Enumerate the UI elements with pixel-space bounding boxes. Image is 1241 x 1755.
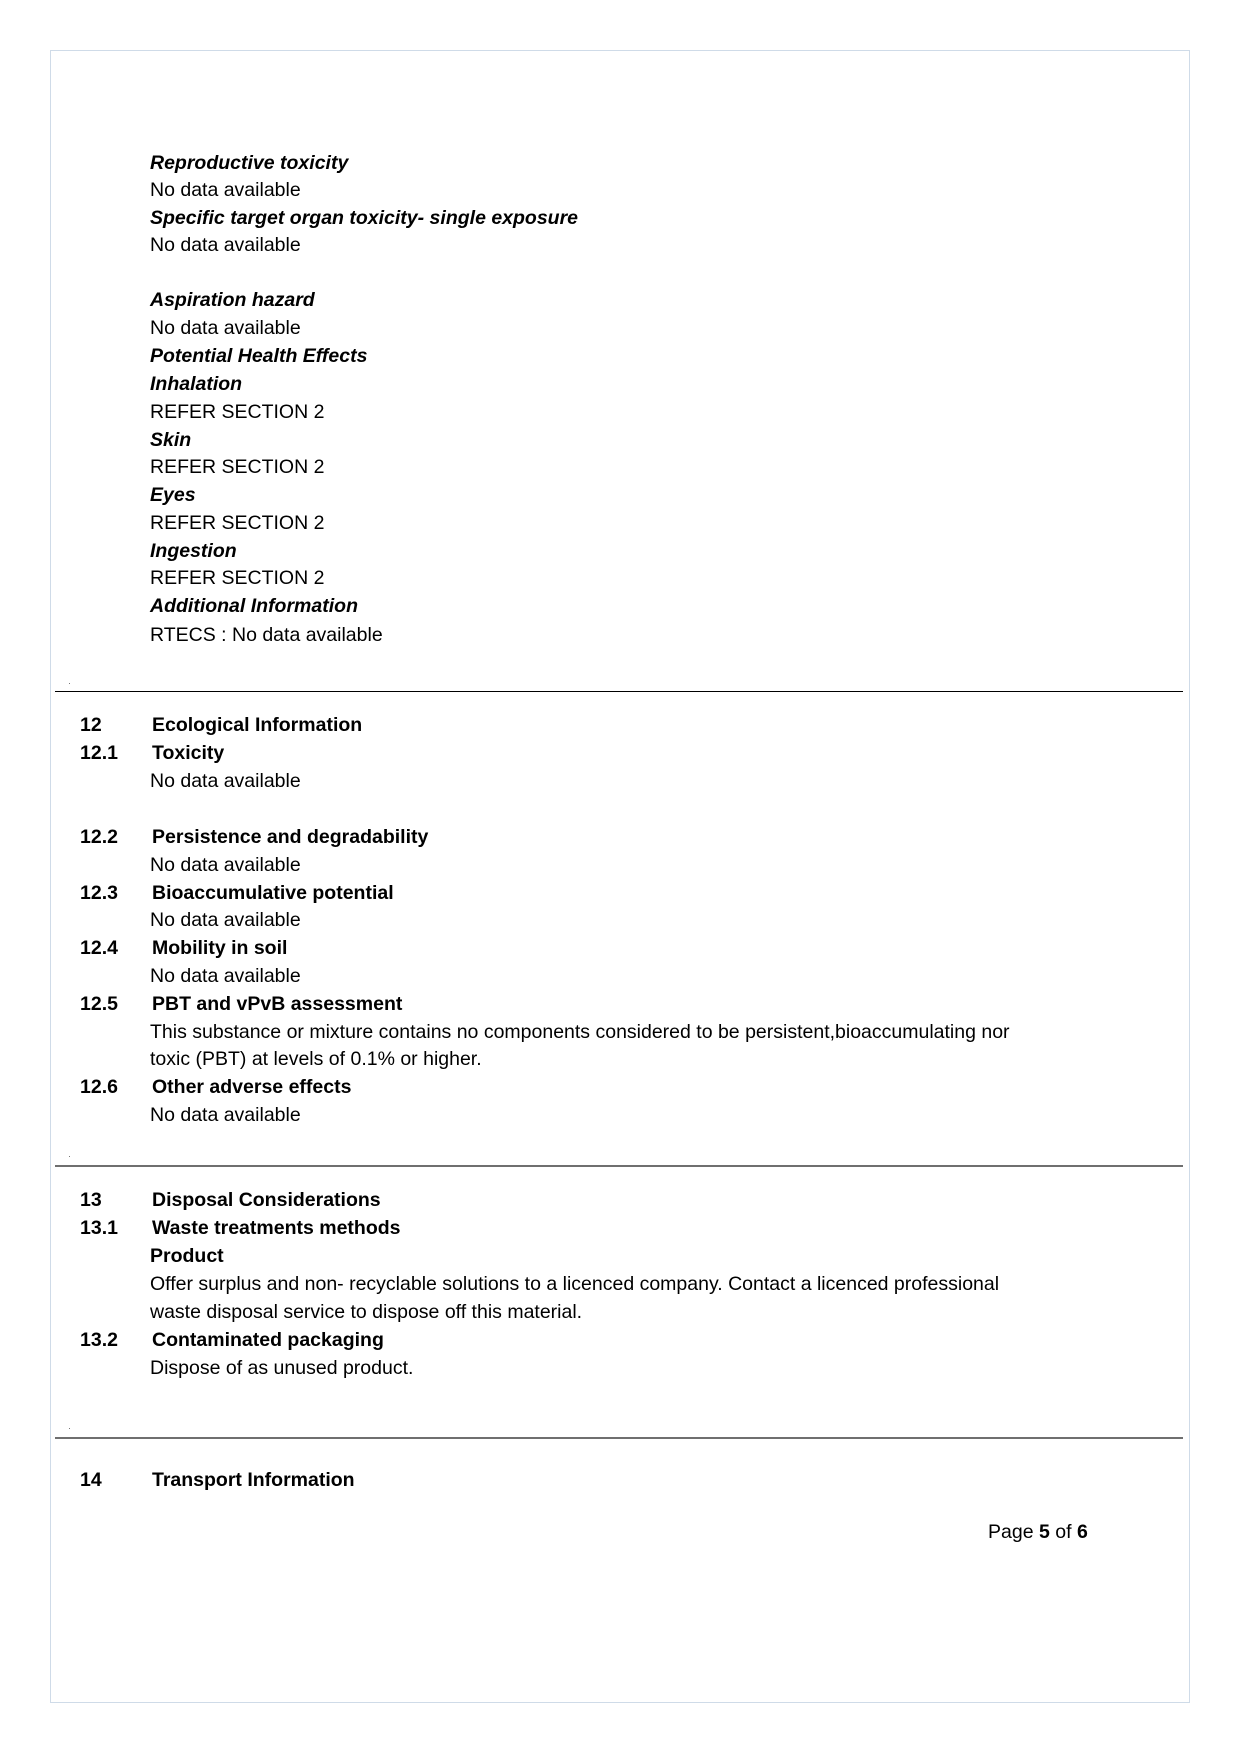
section-13-number: 13 (80, 1186, 102, 1214)
subsection-12-6-text: No data available (150, 1101, 301, 1129)
inhalation-heading: Inhalation (150, 370, 242, 398)
total-pages: 6 (1077, 1521, 1088, 1543)
subsection-12-5-title: PBT and vPvB assessment (152, 990, 402, 1018)
section-12-number: 12 (80, 711, 102, 739)
page-of: of (1050, 1521, 1077, 1543)
marker-dot (69, 1428, 70, 1429)
subsection-12-2-text: No data available (150, 851, 301, 879)
section-divider (55, 1165, 1183, 1167)
potential-health-effects-heading: Potential Health Effects (150, 342, 367, 370)
ingestion-value: REFER SECTION 2 (150, 564, 324, 592)
subsection-12-6-number: 12.6 (80, 1073, 118, 1101)
reproductive-toxicity-value: No data available (150, 176, 301, 204)
skin-value: REFER SECTION 2 (150, 453, 324, 481)
subsection-12-3-text: No data available (150, 906, 301, 934)
subsection-13-1-text-line-2: waste disposal service to dispose off th… (150, 1298, 582, 1326)
subsection-13-1-subtitle: Product (150, 1242, 224, 1270)
subsection-12-5-text-line-2: toxic (PBT) at levels of 0.1% or higher. (150, 1045, 482, 1073)
aspiration-hazard-value: No data available (150, 314, 301, 342)
subsection-12-5-text-line-1: This substance or mixture contains no co… (150, 1018, 1010, 1046)
subsection-12-3-number: 12.3 (80, 879, 118, 907)
subsection-12-1-title: Toxicity (152, 739, 224, 767)
subsection-12-1-number: 12.1 (80, 739, 118, 767)
subsection-12-2-title: Persistence and degradability (152, 823, 428, 851)
aspiration-hazard-heading: Aspiration hazard (150, 286, 315, 314)
section-14-title: Transport Information (152, 1466, 355, 1494)
subsection-13-1-text-line-1: Offer surplus and non- recyclable soluti… (150, 1270, 999, 1298)
subsection-12-6-title: Other adverse effects (152, 1073, 351, 1101)
subsection-13-2-text: Dispose of as unused product. (150, 1354, 413, 1382)
subsection-12-2-number: 12.2 (80, 823, 118, 851)
section-divider (55, 1437, 1183, 1439)
stot-single-heading: Specific target organ toxicity- single e… (150, 204, 578, 232)
page-prefix: Page (988, 1521, 1039, 1543)
additional-information-heading: Additional Information (150, 592, 358, 620)
page-indicator: Page 5 of 6 (988, 1518, 1088, 1546)
stot-single-value: No data available (150, 231, 301, 259)
marker-dot (69, 1156, 70, 1157)
section-12-title: Ecological Information (152, 711, 362, 739)
marker-dot (69, 683, 70, 684)
subsection-13-2-title: Contaminated packaging (152, 1326, 384, 1354)
subsection-13-1-title: Waste treatments methods (152, 1214, 401, 1242)
ingestion-heading: Ingestion (150, 537, 237, 565)
subsection-12-3-title: Bioaccumulative potential (152, 879, 394, 907)
skin-heading: Skin (150, 426, 191, 454)
section-14-number: 14 (80, 1466, 102, 1494)
subsection-12-1-text: No data available (150, 767, 301, 795)
eyes-value: REFER SECTION 2 (150, 509, 324, 537)
subsection-12-4-text: No data available (150, 962, 301, 990)
inhalation-value: REFER SECTION 2 (150, 398, 324, 426)
subsection-12-5-number: 12.5 (80, 990, 118, 1018)
reproductive-toxicity-heading: Reproductive toxicity (150, 149, 348, 177)
subsection-13-1-number: 13.1 (80, 1214, 118, 1242)
subsection-13-2-number: 13.2 (80, 1326, 118, 1354)
eyes-heading: Eyes (150, 481, 196, 509)
current-page: 5 (1039, 1521, 1050, 1543)
subsection-12-4-number: 12.4 (80, 934, 118, 962)
section-13-title: Disposal Considerations (152, 1186, 381, 1214)
section-divider (55, 691, 1183, 692)
subsection-12-4-title: Mobility in soil (152, 934, 287, 962)
rtecs-value: RTECS : No data available (150, 621, 383, 649)
